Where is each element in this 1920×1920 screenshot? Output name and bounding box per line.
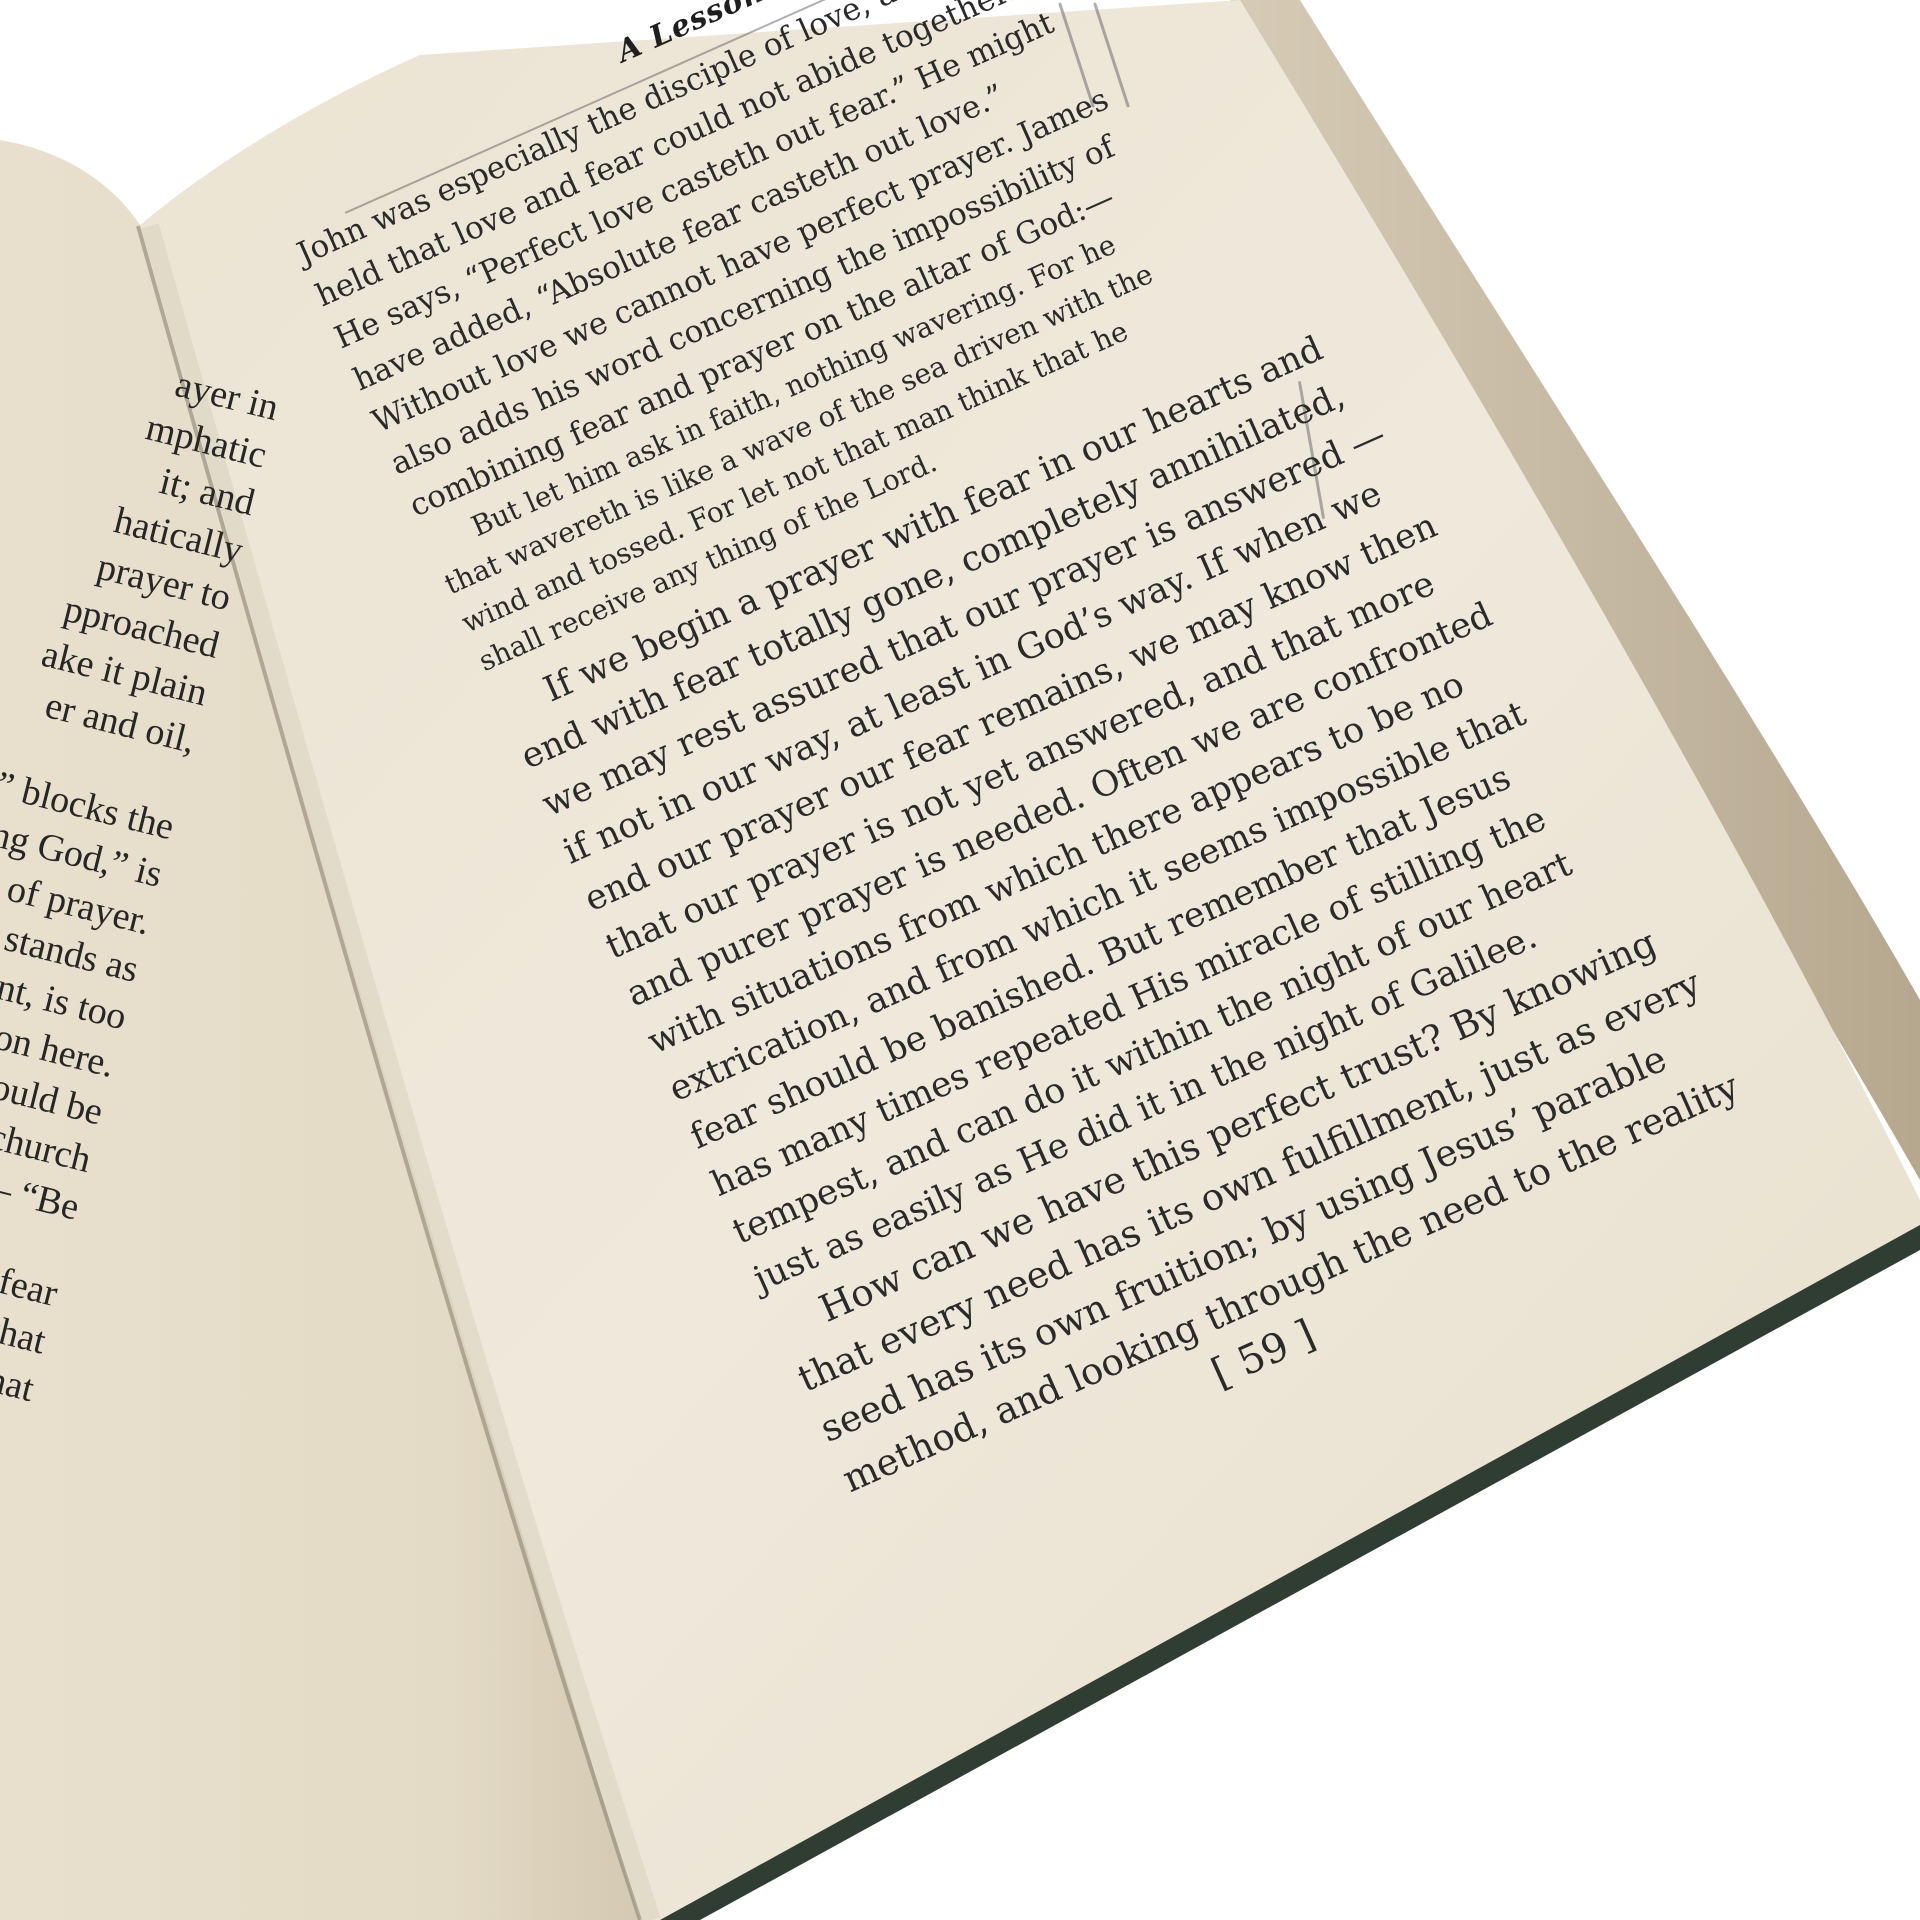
- open-book-photo: ayer in mphatic it; and hatically prayer…: [0, 0, 1920, 1920]
- right-page-text: A Lesson in Prayer John was especially t…: [270, 0, 1733, 1506]
- left-page-text: ayer in mphatic it; and hatically prayer…: [0, 250, 283, 1691]
- left-block: ayer in mphatic it; and hatically prayer…: [0, 250, 283, 766]
